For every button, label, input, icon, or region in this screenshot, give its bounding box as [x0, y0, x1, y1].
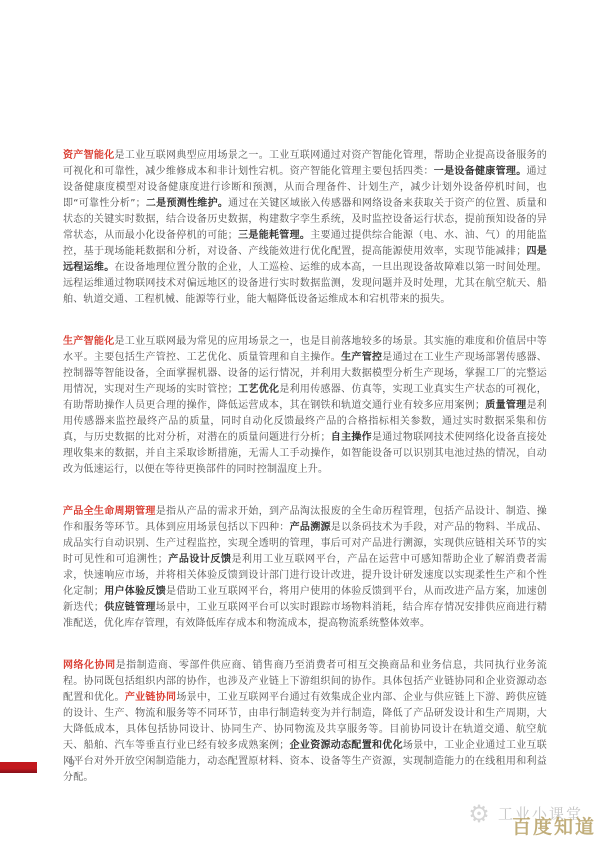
keyword-text: 自主操作 [331, 432, 372, 443]
keyword-text: 用户体验反馈 [104, 586, 166, 597]
body-text: 在设备地理位置分散的企业，人工巡检、运维的成本高，一旦出现设备故障难以第一时间处… [63, 262, 547, 305]
keyword-text: 产品溯源 [290, 522, 331, 533]
keyword-text: 产业链协同 [125, 692, 177, 703]
paragraph-product-lifecycle-management: 产品全生命周期管理是指从产品的需求开始，到产品淘汰报废的全生命历程管理，包括产品… [63, 504, 547, 632]
document-body: 资产智能化是工业互联网典型应用场景之一。工业互联网通过对资产智能化管理，帮助企业… [63, 148, 547, 812]
paragraph-lead-text: 网络化协同 [63, 660, 116, 671]
keyword-text: 工艺优化 [238, 384, 279, 395]
paragraph-lead-text: 资产智能化 [63, 150, 115, 161]
keyword-text: 三是能耗管理。 [238, 230, 310, 241]
keyword-text: 供应链管理 [104, 602, 156, 613]
paragraph-lead-text: 产品全生命周期管理 [63, 506, 156, 517]
paragraph-asset-intelligence: 资产智能化是工业互联网典型应用场景之一。工业互联网通过对资产智能化管理，帮助企业… [63, 148, 547, 308]
keyword-text: 一是设备健康管理。 [434, 166, 527, 177]
document-page: 资产智能化是工业互联网典型应用场景之一。工业互联网通过对资产智能化管理，帮助企业… [0, 0, 608, 842]
keyword-text: 产品设计反馈 [168, 554, 232, 565]
paragraph-lead-text: 生产智能化 [63, 336, 115, 347]
baidu-zhidao-watermark: 百度知道 [512, 812, 596, 839]
keyword-text: 质量管理 [485, 400, 526, 411]
footer-red-bar [0, 762, 37, 773]
page-number: 9 [68, 757, 75, 770]
keyword-text: 二是预测性维护。 [146, 198, 228, 209]
paragraph-networked-collaboration: 网络化协同是指制造商、零部件供应商、销售商乃至消费者可相互交换商品和业务信息，共… [63, 658, 547, 786]
paragraph-production-intelligence: 生产智能化是工业互联网最为常见的应用场景之一，也是目前落地较多的场景。其实施的难… [63, 334, 547, 478]
keyword-text: 生产管控 [341, 352, 382, 363]
brand-logo-icon: ⚙ [466, 801, 492, 827]
keyword-text: 企业资源动态配置和优化 [290, 740, 403, 751]
footer-brand: ⚙ 工业小课堂 百度知道 [460, 793, 608, 839]
